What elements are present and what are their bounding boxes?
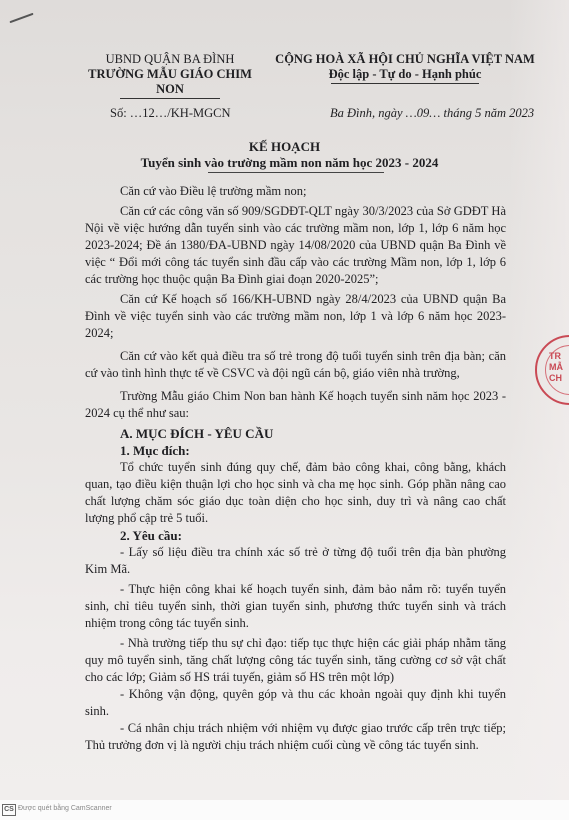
place-date: Ba Đình, ngày …09… tháng 5 năm 2023 xyxy=(330,106,534,121)
national-motto: CỘNG HOÀ XÃ HỘI CHỦ NGHĨA VIỆT NAM Độc l… xyxy=(265,52,545,84)
scanner-caption: Được quét bằng CamScanner xyxy=(18,805,112,812)
preamble-paragraph: Căn cứ Kế hoạch số 166/KH-UBND ngày 28/4… xyxy=(85,291,506,342)
requirement-item: - Cá nhân chịu trách nhiệm với nhiệm vụ … xyxy=(85,720,506,754)
motto: Độc lập - Tự do - Hạnh phúc xyxy=(265,67,545,82)
issuing-authority: UBND QUẬN BA ĐÌNH TRƯỜNG MẪU GIÁO CHIM N… xyxy=(80,52,260,99)
authority-school: TRƯỜNG MẪU GIÁO CHIM NON xyxy=(80,67,260,97)
document-number: Số: …12…/KH-MGCN xyxy=(110,106,231,121)
preamble-paragraph: Căn cứ vào kết quả điều tra số trẻ trong… xyxy=(85,348,506,382)
requirement-item: - Lấy số liệu điều tra chính xác số trẻ … xyxy=(85,544,506,578)
authority-district: UBND QUẬN BA ĐÌNH xyxy=(80,52,260,67)
preamble-paragraph: Căn cứ các công văn số 909/SGDĐT-QLT ngà… xyxy=(85,203,506,288)
stamp-center-text: TRMẪCH xyxy=(549,351,563,384)
document-subtitle: Tuyển sinh vào trường mầm non năm học 20… xyxy=(5,155,569,171)
purpose-heading: 1. Mục đích: xyxy=(85,442,506,459)
requirements-heading: 2. Yêu cầu: xyxy=(85,527,506,544)
document-title: KẾ HOẠCH xyxy=(0,139,569,155)
camscanner-logo-icon: CS xyxy=(2,804,16,816)
requirement-item: - Thực hiện công khai kế hoạch tuyển sin… xyxy=(85,581,506,632)
country-name: CỘNG HOÀ XÃ HỘI CHỦ NGHĨA VIỆT NAM xyxy=(265,52,545,67)
purpose-text: Tổ chức tuyển sinh đúng quy chế, đảm bảo… xyxy=(85,459,506,527)
requirement-item: - Nhà trường tiếp thu sự chỉ đạo: tiếp t… xyxy=(85,635,506,686)
underline-divider xyxy=(331,83,479,84)
section-a-heading: A. MỤC ĐÍCH - YÊU CẦU xyxy=(85,425,506,442)
preamble-paragraph: Trường Mẫu giáo Chim Non ban hành Kế hoạ… xyxy=(85,388,506,422)
document-body: Căn cứ vào Điều lệ trường mầm non; Căn c… xyxy=(85,183,506,757)
requirement-item: - Không vận động, quyên góp và thu các k… xyxy=(85,686,506,720)
preamble-paragraph: Căn cứ vào Điều lệ trường mầm non; xyxy=(85,183,506,200)
underline-divider xyxy=(120,98,220,99)
title-underline xyxy=(208,172,384,173)
